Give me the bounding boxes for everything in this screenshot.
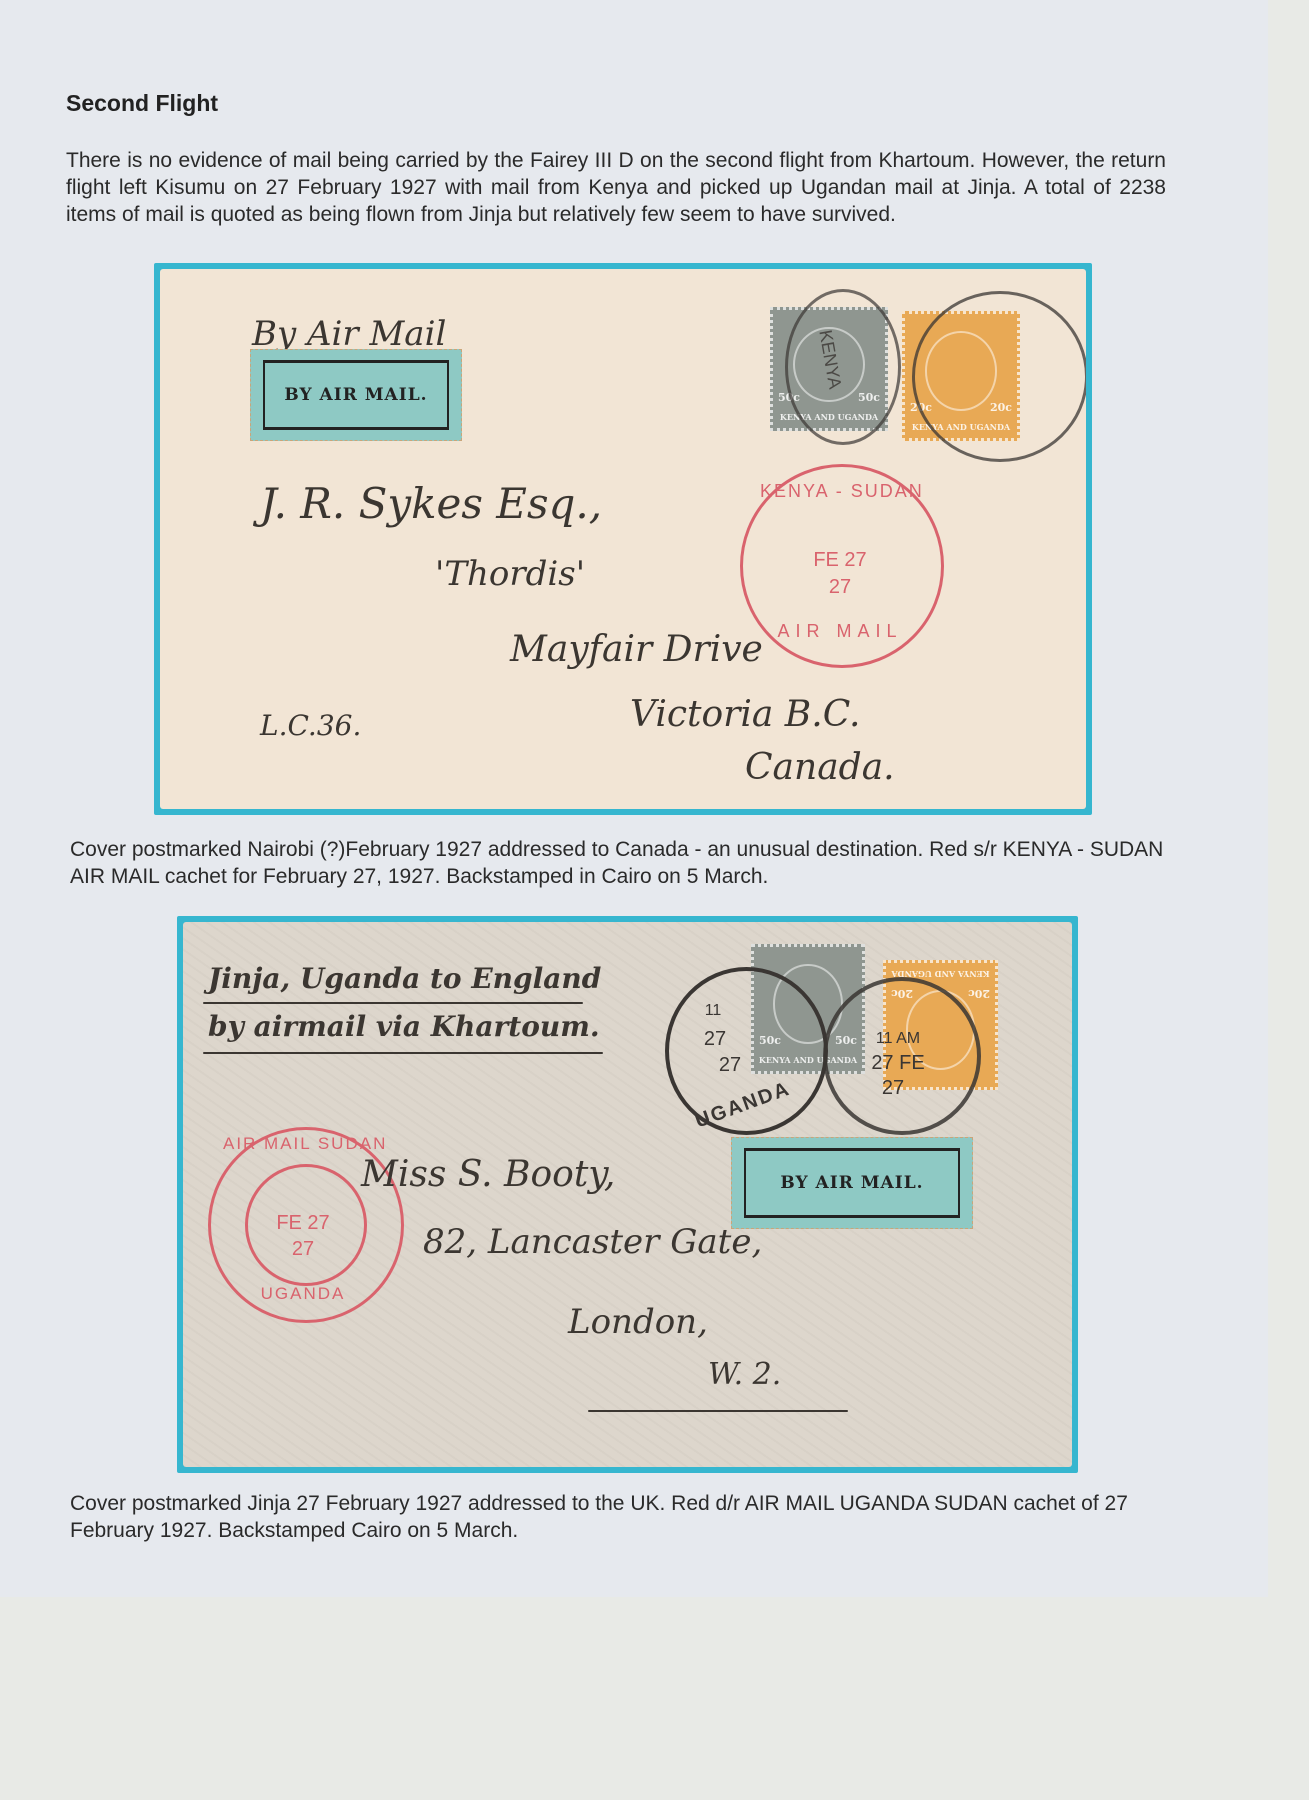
cover-2-handwritten-header-line-2: by airmail via Khartoum.	[208, 1010, 600, 1043]
cover-2-postmark-2-year: 27	[863, 1077, 923, 1100]
cover-2-address-line-2: 82, Lancaster Gate,	[423, 1222, 762, 1262]
page-title: Second Flight	[66, 90, 218, 117]
intro-paragraph: There is no evidence of mail being carri…	[66, 147, 1166, 228]
cover-2-postmark-2-date: 27 FE	[853, 1052, 943, 1075]
cover-2-underline-2	[203, 1052, 603, 1054]
album-page: Second Flight There is no evidence of ma…	[0, 0, 1268, 1597]
cover-1-caption: Cover postmarked Nairobi (?)February 192…	[70, 836, 1190, 890]
cover-1-address-line-5: Canada.	[745, 747, 895, 788]
cover-2-cachet-date: FE 27	[253, 1212, 353, 1235]
cover-2-cachet-bottom: UGANDA	[243, 1284, 363, 1304]
cover-2-address-line-4: W. 2.	[708, 1357, 781, 1392]
cover-1-postmark-a	[785, 289, 901, 445]
airmail-label-text: BY AIR MAIL.	[284, 385, 427, 405]
cover-1-handwritten-header: By Air Mail	[252, 314, 446, 354]
cover-2-address-line-1: Miss S. Booty,	[361, 1154, 615, 1195]
cover-1-cachet-top: KENYA - SUDAN	[760, 481, 920, 502]
cover-1-postmark-b	[912, 291, 1086, 462]
cover-2-postmark-1-year: 27	[710, 1054, 750, 1077]
cover-2-postmark-1-date: 27	[695, 1028, 735, 1051]
cover-1-airmail-label: BY AIR MAIL.	[250, 349, 462, 441]
cover-2-envelope: Jinja, Uganda to England by airmail via …	[183, 922, 1072, 1467]
cover-1-note: L.C.36.	[260, 709, 361, 742]
cover-1-cachet-bottom: AIR MAIL	[760, 621, 920, 642]
cover-2-address-line-3: London,	[568, 1302, 708, 1342]
cover-1-address-line-3: Mayfair Drive	[510, 629, 763, 670]
cover-2-mount: Jinja, Uganda to England by airmail via …	[177, 916, 1078, 1473]
cover-1-address-line-4: Victoria B.C.	[630, 694, 860, 735]
cover-2-cachet-year: 27	[253, 1238, 353, 1261]
cover-2-cachet-outer-text: AIR MAIL SUDAN	[223, 1134, 383, 1154]
cover-1-mount: By Air Mail BY AIR MAIL. 50c 50c KENYA A…	[154, 263, 1092, 815]
cover-1-address-line-2: 'Thordis'	[435, 554, 585, 594]
airmail-label-text: BY AIR MAIL.	[780, 1173, 923, 1193]
cover-2-address-underline	[588, 1410, 848, 1412]
cover-1-envelope: By Air Mail BY AIR MAIL. 50c 50c KENYA A…	[160, 269, 1086, 809]
cover-2-postmark-2-time: 11 AM	[853, 1030, 943, 1048]
cover-1-cachet-date: FE 27	[760, 549, 920, 572]
cover-1-address-line-1: J. R. Sykes Esq.,	[260, 479, 602, 528]
cover-2-handwritten-header-line-1: Jinja, Uganda to England	[208, 962, 601, 995]
cover-2-caption: Cover postmarked Jinja 27 February 1927 …	[70, 1490, 1190, 1544]
cover-2-postmark-1-time: 11	[693, 1002, 733, 1020]
cover-2-airmail-label: BY AIR MAIL.	[731, 1137, 973, 1229]
cover-2-underline-1	[203, 1002, 583, 1004]
cover-1-cachet-year: 27	[760, 576, 920, 599]
